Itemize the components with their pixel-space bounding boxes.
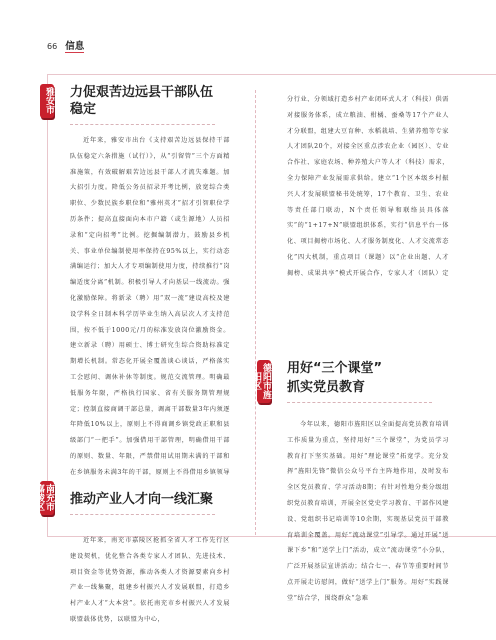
region-badge: 南充市嘉陵区 [40, 481, 54, 515]
region-badge: 雅安市 [40, 84, 54, 118]
article-body: 近年来，南充市嘉陵区抢抓全省人才工作先行区建设契机，优化整合各类专家人才团队、先… [70, 533, 230, 628]
article-body: 近年来，雅安市出台《支持艰苦边远县保持干部队伍稳定六条措施（试行）》，从“引留管… [70, 133, 230, 477]
page-number: 66 [47, 42, 57, 51]
region-badge: 德阳市旌阳区 [257, 360, 271, 403]
article-title: 力促艰苦边远县干部队伍稳定 [70, 84, 215, 125]
article-title-line1: 用好“三个课堂” [287, 360, 432, 379]
page-header: 66 信息 [47, 38, 84, 54]
article-body-continued: 分行业、分领域打造乡村产业闭环式人才（科技）供需对接服务体系，成立粮油、柑橘、蚕… [287, 92, 449, 282]
column-divider [255, 90, 256, 535]
left-column: 雅安市 力促艰苦边远县干部队伍稳定 近年来，雅安市出台《支持艰苦边远县保持干部队… [70, 84, 230, 628]
right-column: 分行业、分领域打造乡村产业闭环式人才（科技）供需对接服务体系，成立粮油、柑橘、蚕… [287, 92, 449, 622]
section-title: 信息 [65, 38, 84, 53]
article-title-line2: 抓实党员教育 [287, 379, 432, 403]
article-3-header: 德阳市旌阳区 用好“三个课堂” 抓实党员教育 [287, 360, 449, 403]
article-body: 今年以来，德阳市旌阳区以全面提高党员教育培训工作质量为重点，坚持用好“三个课堂”… [287, 417, 449, 622]
article-title: 推动产业人才向一线汇聚 [70, 491, 215, 515]
article-1-header: 雅安市 力促艰苦边远县干部队伍稳定 [70, 84, 230, 125]
article-2-header: 南充市嘉陵区 推动产业人才向一线汇聚 [70, 491, 230, 515]
